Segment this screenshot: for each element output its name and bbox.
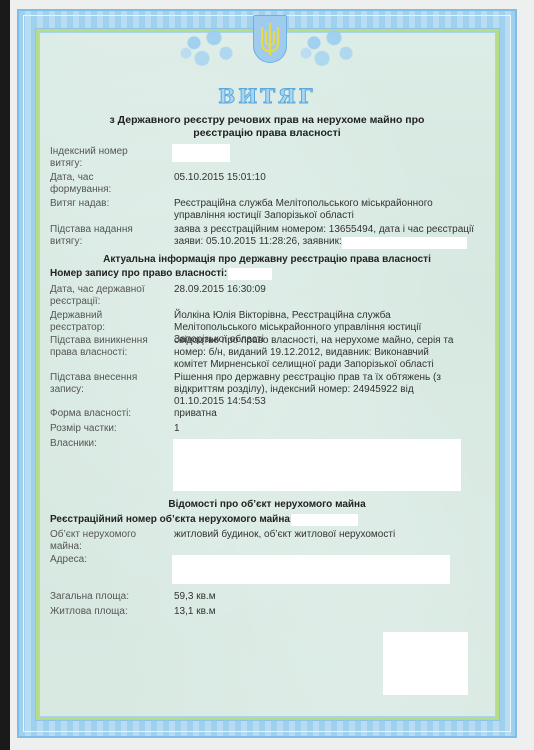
property-section-heading: Відомості про об’єкт нерухомого майна bbox=[0, 499, 534, 510]
field-label: Підстава надання витягу: bbox=[50, 224, 140, 248]
redacted-applicant bbox=[342, 237, 467, 249]
redacted-stamp bbox=[383, 632, 468, 695]
field-value: 13,1 кв.м bbox=[174, 606, 474, 618]
redacted-record-number bbox=[228, 268, 272, 280]
subtitle-line-2: реєстрацію права власності bbox=[0, 127, 534, 140]
redacted-property-reg-number bbox=[291, 514, 358, 526]
field-label: Дата, час державної реєстрації: bbox=[50, 284, 145, 308]
field-value: Реєстраційна служба Мелітопольського міс… bbox=[174, 198, 444, 222]
field-value: Рішення про державну реєстрацію прав та … bbox=[174, 372, 464, 408]
field-value: 59,3 кв.м bbox=[174, 591, 474, 603]
field-label: Державний реєстратор: bbox=[50, 310, 130, 334]
trident-coat-of-arms-icon bbox=[253, 15, 287, 63]
record-number-label: Номер запису про право власності: bbox=[50, 268, 227, 279]
redacted-index-number bbox=[172, 144, 230, 162]
redacted-owners bbox=[173, 439, 461, 491]
document-title: ВИТЯГ bbox=[0, 84, 534, 108]
field-label: Підстава виникнення права власності: bbox=[50, 335, 150, 359]
subtitle-line-1: з Державного реєстру речових прав на нер… bbox=[0, 114, 534, 127]
field-label: Адреса: bbox=[50, 554, 168, 566]
field-label: Житлова площа: bbox=[50, 606, 168, 618]
field-value: житловий будинок, об’єкт житлової нерухо… bbox=[174, 529, 474, 541]
field-value: 28.09.2015 16:30:09 bbox=[174, 284, 474, 296]
field-label: Дата, час формування: bbox=[50, 172, 130, 196]
field-label: Власники: bbox=[50, 438, 168, 450]
field-label: Загальна площа: bbox=[50, 591, 168, 603]
field-label: Витяг надав: bbox=[50, 198, 168, 210]
field-label: Форма власності: bbox=[50, 408, 168, 420]
right-wreath-icon bbox=[290, 22, 370, 74]
redacted-address bbox=[172, 555, 450, 584]
field-label: Підстава внесення запису: bbox=[50, 372, 140, 396]
ownership-section-heading: Актуальна інформація про державну реєстр… bbox=[0, 254, 534, 265]
field-label: Індексний номер витягу: bbox=[50, 146, 130, 170]
field-value: 1 bbox=[174, 423, 474, 435]
left-wreath-icon bbox=[170, 22, 250, 74]
emblem-header bbox=[170, 12, 370, 77]
field-label: Розмір частки: bbox=[50, 423, 168, 435]
field-label: Об’єкт нерухомого майна: bbox=[50, 529, 140, 553]
field-value: 05.10.2015 15:01:10 bbox=[174, 172, 474, 184]
field-value: приватна bbox=[174, 408, 474, 420]
document-subtitle: з Державного реєстру речових прав на нер… bbox=[0, 114, 534, 140]
property-reg-number-label: Реєстраційний номер об’єкта нерухомого м… bbox=[50, 514, 293, 525]
field-value: свідоцтво про право власності, на нерухо… bbox=[174, 335, 464, 371]
